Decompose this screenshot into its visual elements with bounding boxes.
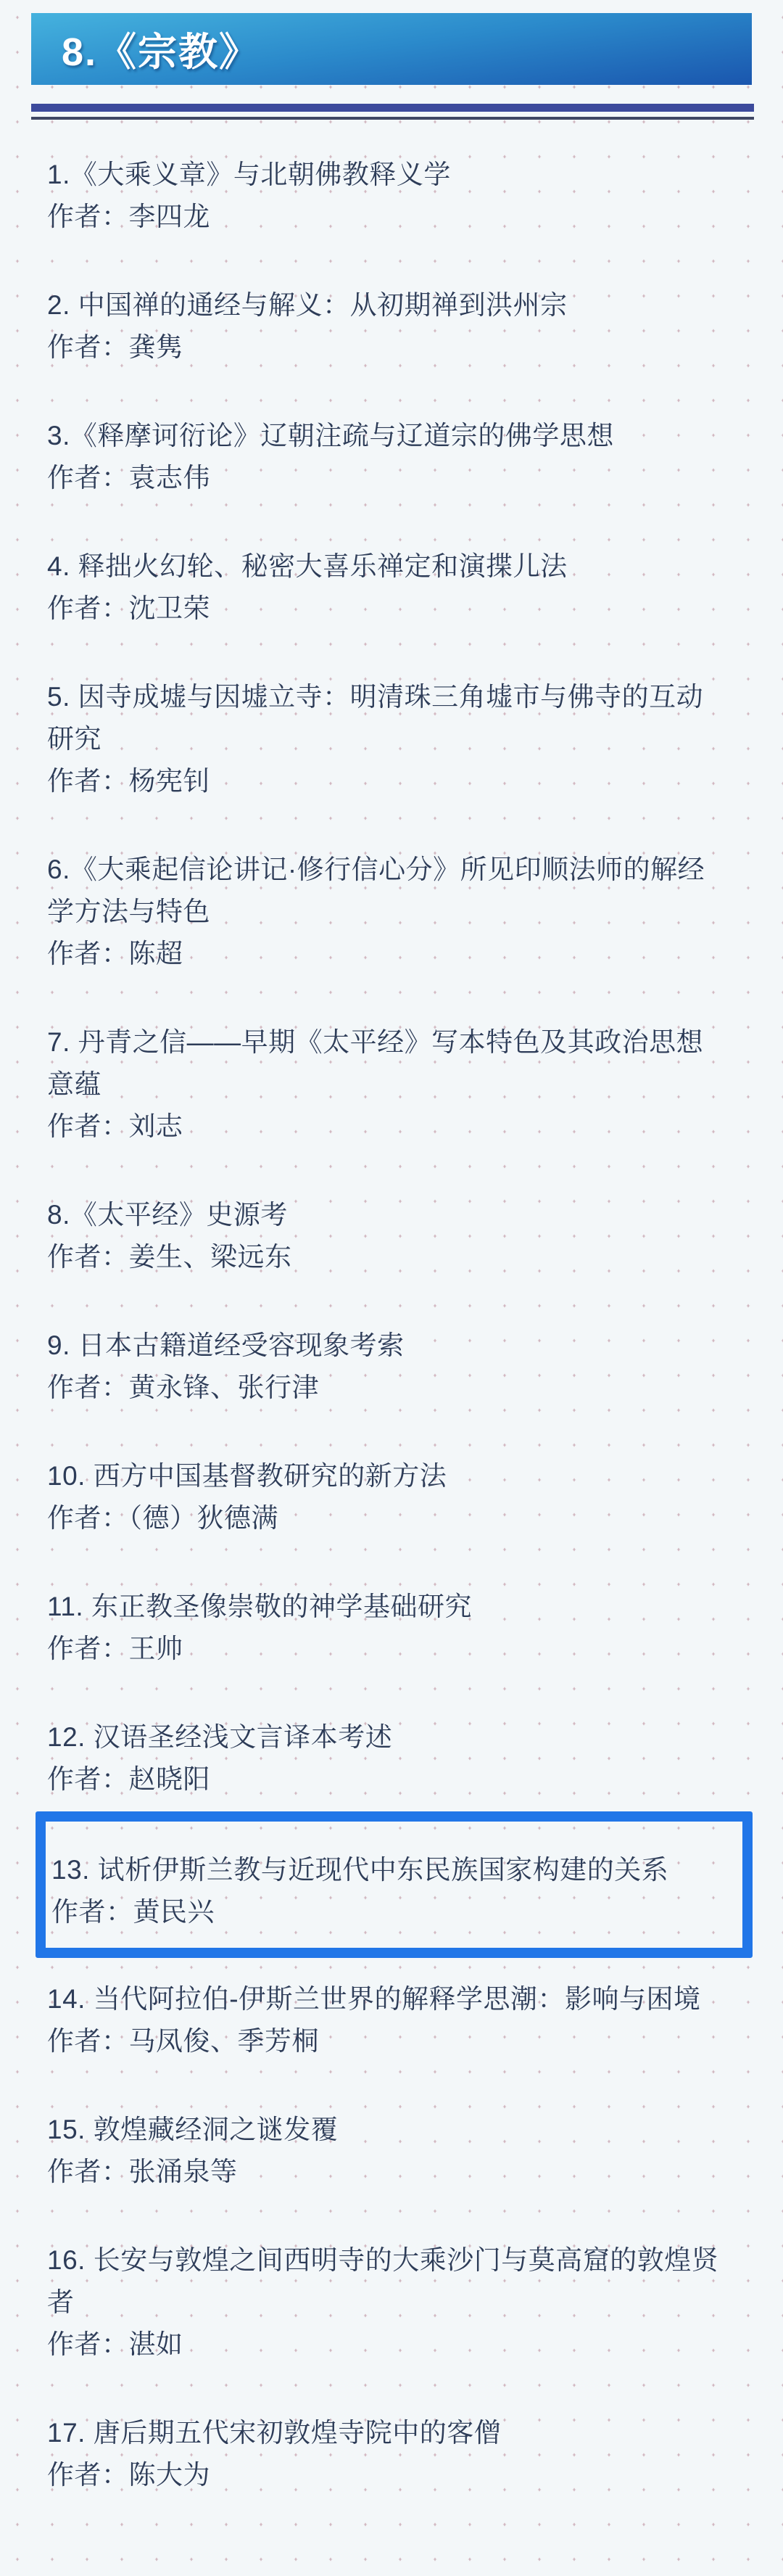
list-item: 16. 长安与敦煌之间西明寺的大乘沙门与莫高窟的敦煌贤者 作者：湛如 (47, 2239, 729, 2366)
divider-thin (31, 117, 754, 120)
list-item: 10. 西方中国基督教研究的新方法 作者：（德）狄德满 (47, 1455, 729, 1539)
item-author: 作者：湛如 (47, 2324, 725, 2366)
list-item: 5. 因寺成墟与因墟立寺：明清珠三角墟市与佛寺的互动研究 作者：杨宪钊 (47, 676, 729, 802)
item-author: 作者：陈大为 (47, 2454, 725, 2496)
list-item: 2. 中国禅的通经与解义：从初期禅到洪州宗 作者：龚隽 (47, 284, 729, 369)
item-title: 4. 释拙火幻轮、秘密大喜乐禅定和演揲儿法 (47, 546, 725, 588)
list-item: 3.《释摩诃衍论》辽朝注疏与辽道宗的佛学思想 作者：袁志伟 (47, 415, 729, 499)
list-item: 6.《大乘起信论讲记·修行信心分》所见印顺法师的解经学方法与特色 作者：陈超 (47, 849, 729, 975)
list-item: 7. 丹青之信——早期《太平经》写本特色及其政治思想意蕴 作者：刘志 (47, 1021, 729, 1148)
item-title: 16. 长安与敦煌之间西明寺的大乘沙门与莫高窟的敦煌贤者 (47, 2239, 725, 2324)
item-author: 作者：刘志 (47, 1106, 725, 1148)
item-title: 13. 试析伊斯兰教与近现代中东民族国家构建的关系 (51, 1849, 728, 1891)
item-title: 10. 西方中国基督教研究的新方法 (47, 1455, 725, 1497)
item-title: 11. 东正教圣像崇敬的神学基础研究 (47, 1586, 725, 1628)
list-item: 4. 释拙火幻轮、秘密大喜乐禅定和演揲儿法 作者：沈卫荣 (47, 546, 729, 630)
list-item: 9. 日本古籍道经受容现象考索 作者：黄永锋、张行津 (47, 1325, 729, 1409)
item-title: 17. 唐后期五代宋初敦煌寺院中的客僧 (47, 2412, 725, 2454)
section-title: 8.《宗教》 (62, 21, 260, 77)
list-item: 14. 当代阿拉伯-伊斯兰世界的解释学思潮：影响与困境 作者：马凤俊、季芳桐 (47, 1978, 729, 2062)
item-title: 7. 丹青之信——早期《太平经》写本特色及其政治思想意蕴 (47, 1021, 725, 1106)
item-title: 5. 因寺成墟与因墟立寺：明清珠三角墟市与佛寺的互动研究 (47, 676, 725, 760)
item-title: 2. 中国禅的通经与解义：从初期禅到洪州宗 (47, 284, 725, 326)
item-author: 作者：姜生、梁远东 (47, 1236, 725, 1278)
item-author: 作者：赵晓阳 (47, 1758, 725, 1801)
article-list: 1.《大乘义章》与北朝佛教释义学 作者：李四龙 2. 中国禅的通经与解义：从初期… (0, 154, 783, 2543)
item-author: 作者：张涌泉等 (47, 2151, 725, 2193)
item-author: 作者：（德）狄德满 (47, 1497, 725, 1539)
divider-thick (31, 104, 754, 112)
item-title: 14. 当代阿拉伯-伊斯兰世界的解释学思潮：影响与困境 (47, 1978, 725, 2020)
item-author: 作者：马凤俊、季芳桐 (47, 2020, 725, 2062)
item-author: 作者：袁志伟 (47, 457, 725, 499)
item-author: 作者：黄民兴 (51, 1891, 728, 1933)
item-author: 作者：王帅 (47, 1628, 725, 1670)
item-author: 作者：黄永锋、张行津 (47, 1367, 725, 1409)
list-item: 12. 汉语圣经浅文言译本考述 作者：赵晓阳 (47, 1716, 729, 1801)
list-item: 1.《大乘义章》与北朝佛教释义学 作者：李四龙 (47, 154, 729, 238)
item-title: 8.《太平经》史源考 (47, 1194, 725, 1236)
list-item-highlighted[interactable]: 13. 试析伊斯兰教与近现代中东民族国家构建的关系 作者：黄民兴 (36, 1811, 753, 1958)
item-title: 3.《释摩诃衍论》辽朝注疏与辽道宗的佛学思想 (47, 415, 725, 457)
item-title: 1.《大乘义章》与北朝佛教释义学 (47, 154, 725, 196)
item-author: 作者：李四龙 (47, 196, 725, 238)
item-title: 12. 汉语圣经浅文言译本考述 (47, 1716, 725, 1758)
list-item: 15. 敦煌藏经洞之谜发覆 作者：张涌泉等 (47, 2109, 729, 2193)
item-author: 作者：陈超 (47, 933, 725, 975)
item-title: 15. 敦煌藏经洞之谜发覆 (47, 2109, 725, 2151)
item-author: 作者：杨宪钊 (47, 760, 725, 802)
item-title: 9. 日本古籍道经受容现象考索 (47, 1325, 725, 1367)
list-item: 17. 唐后期五代宋初敦煌寺院中的客僧 作者：陈大为 (47, 2412, 729, 2496)
item-title: 6.《大乘起信论讲记·修行信心分》所见印顺法师的解经学方法与特色 (47, 849, 725, 933)
item-author: 作者：沈卫荣 (47, 588, 725, 630)
item-author: 作者：龚隽 (47, 326, 725, 369)
list-item: 11. 东正教圣像崇敬的神学基础研究 作者：王帅 (47, 1586, 729, 1670)
section-header-banner: 8.《宗教》 (31, 13, 752, 85)
page: 8.《宗教》 1.《大乘义章》与北朝佛教释义学 作者：李四龙 2. 中国禅的通经… (0, 13, 783, 2543)
list-item: 8.《太平经》史源考 作者：姜生、梁远东 (47, 1194, 729, 1278)
